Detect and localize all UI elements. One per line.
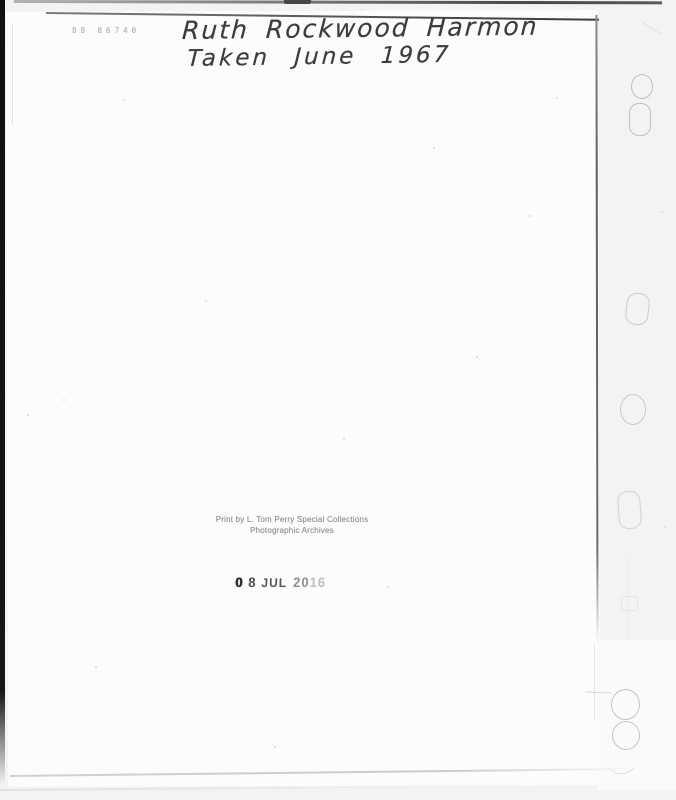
dust-speck	[27, 414, 29, 416]
left-faint-crease	[12, 24, 13, 124]
dust-speck	[123, 99, 125, 101]
date-stamp-month: JUL	[261, 576, 287, 591]
credit-line-2: Photographic Archives	[186, 525, 398, 536]
date-stamp-year-part-2: 16	[309, 575, 326, 591]
punch-hole	[611, 689, 640, 720]
punch-hole	[612, 721, 640, 750]
dust-speck	[664, 526, 666, 528]
scanned-photo-verso: 88 86740 Ruth Rockwood Harmon Taken June…	[0, 0, 676, 800]
handwritten-date: Taken June 1967	[187, 40, 540, 72]
credit-line-1: Print by L. Tom Perry Special Collection…	[186, 514, 398, 525]
date-stamp-year-part-1: 20	[293, 575, 310, 591]
dust-speck	[63, 399, 65, 401]
dust-speck	[433, 147, 435, 149]
date-stamp-day-digit-2: 8	[248, 575, 257, 591]
date-stamp-day-digit-1: 0	[235, 575, 244, 591]
dust-speck	[476, 356, 478, 358]
dust-speck	[95, 666, 97, 668]
dust-speck	[556, 97, 558, 99]
scan-left-black-edge	[0, 0, 5, 785]
dust-speck	[661, 211, 663, 213]
punch-hole-slot	[624, 292, 651, 327]
dust-speck	[529, 215, 531, 217]
scan-top-edge-line	[14, 0, 662, 4]
credit-stamp: Print by L. Tom Perry Special Collection…	[186, 514, 398, 536]
dust-speck	[274, 746, 276, 748]
punch-hole-slot	[629, 103, 651, 136]
photo-paper	[6, 10, 600, 787]
scratch-mark	[642, 22, 661, 35]
punch-hole	[620, 394, 646, 425]
handwritten-caption: Ruth Rockwood Harmon Taken June 1967	[183, 16, 539, 72]
paper-right-edge-faint	[594, 644, 595, 720]
dust-speck	[387, 586, 389, 588]
date-received-stamp: 08JUL2016	[235, 575, 327, 591]
faint-edge-mark	[627, 558, 628, 640]
scan-top-dark-mark	[284, 0, 311, 4]
punch-hole-slot	[617, 490, 643, 530]
dust-speck	[343, 438, 345, 440]
dust-speck	[205, 300, 207, 302]
catalog-number-stamp: 88 86740	[72, 26, 140, 35]
punch-hole	[631, 74, 653, 99]
faint-hole-outline	[621, 596, 638, 611]
handwritten-name: Ruth Rockwood Harmon	[181, 12, 539, 45]
